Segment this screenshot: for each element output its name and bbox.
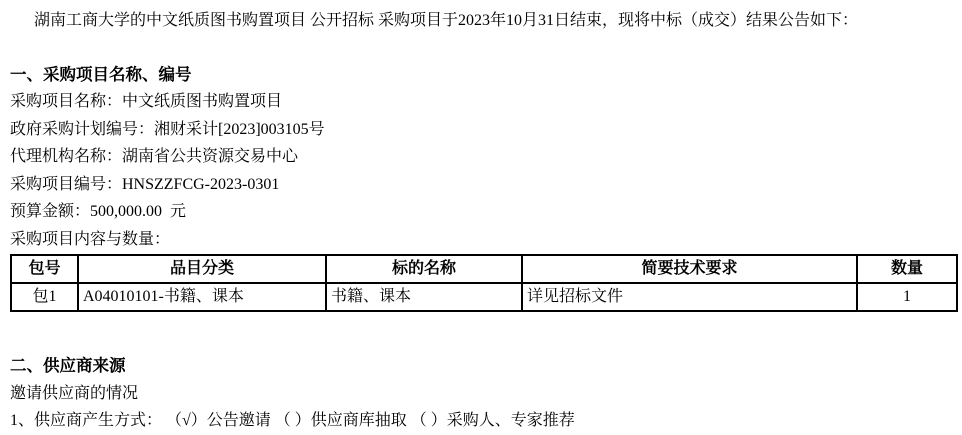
invite-status-line: 邀请供应商的情况 [10,380,952,408]
section1-heading: 一、采购项目名称、编号 [10,61,952,89]
budget-amount-line: 预算金额：500,000.00 元 [10,198,952,226]
plan-number-line: 政府采购计划编号：湘财采计[2023]003105号 [10,116,952,144]
project-number-line: 采购项目编号：HNSZZFCG-2023-0301 [10,171,952,199]
header-item-category: 品目分类 [78,255,326,283]
table-row: 包1 A04010101-书籍、课本 书籍、课本 详见招标文件 1 [11,283,957,311]
cell-tech-requirement: 详见招标文件 [522,283,857,311]
procurement-items-table: 包号 品目分类 标的名称 简要技术要求 数量 包1 A04010101-书籍、课… [10,254,958,312]
agency-name-line: 代理机构名称：湖南省公共资源交易中心 [10,143,952,171]
header-subject-name: 标的名称 [326,255,522,283]
project-name-line: 采购项目名称：中文纸质图书购置项目 [10,88,952,116]
intro-paragraph: 湖南工商大学的中文纸质图书购置项目 公开招标 采购项目于2023年10月31日结… [10,7,952,35]
supplier-method-line: 1、供应商产生方式： （√）公告邀请 （ ）供应商库抽取 （ ）采购人、专家推荐 [10,407,952,435]
procurement-announcement-page: { "page": { "intro": "湖南工商大学的中文纸质图书购置项目 … [0,0,962,435]
cell-quantity: 1 [857,283,957,311]
header-tech-requirement: 简要技术要求 [522,255,857,283]
content-quantity-line: 采购项目内容与数量： [10,226,952,254]
table-header-row: 包号 品目分类 标的名称 简要技术要求 数量 [11,255,957,283]
section2-heading: 二、供应商来源 [10,352,952,380]
cell-package-number: 包1 [11,283,78,311]
cell-subject-name: 书籍、课本 [326,283,522,311]
header-package-number: 包号 [11,255,78,283]
header-quantity: 数量 [857,255,957,283]
cell-item-category: A04010101-书籍、课本 [78,283,326,311]
